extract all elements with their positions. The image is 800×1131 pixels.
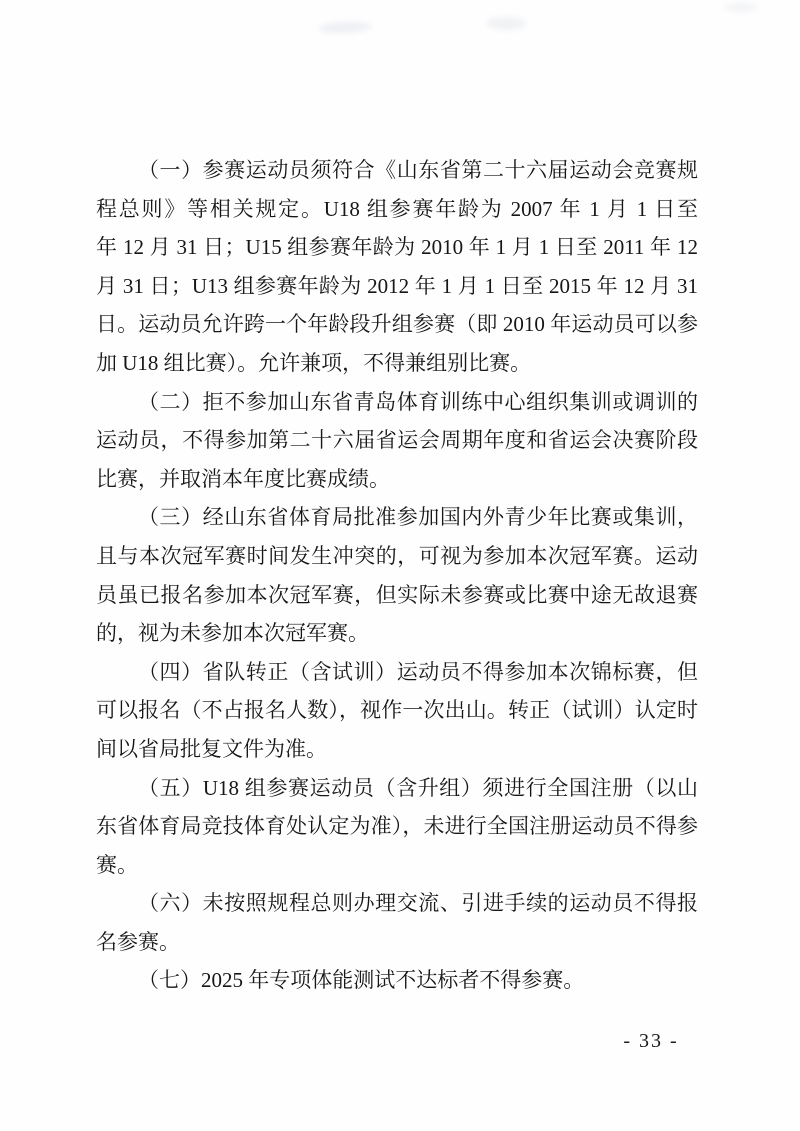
clause-2: （二）拒不参加山东省青岛体育训练中心组织集训或调训的运动员，不得参加第二十六届省… — [96, 383, 698, 499]
clause-7: （七）2025 年专项体能测试不达标者不得参赛。 — [96, 961, 698, 1000]
scan-artifact — [724, 3, 758, 12]
text-line: 的，视为未参加本次冠军赛。 — [96, 614, 698, 653]
clause-1: （一）参赛运动员须符合《山东省第二十六届运动会竞赛规程总则》等相关规定。U18 … — [96, 151, 698, 383]
page-number: - 33 - — [608, 1028, 694, 1054]
text-line: 间以省局批复文件为准。 — [96, 730, 698, 769]
scanned-document-page: （一）参赛运动员须符合《山东省第二十六届运动会竞赛规程总则》等相关规定。U18 … — [0, 0, 800, 1131]
text-line: 员虽已报名参加本次冠军赛，但实际未参赛或比赛中途无故退赛 — [96, 576, 698, 615]
text-line: 东省体育局竞技体育处认定为准），未进行全国注册运动员不得参 — [96, 807, 698, 846]
text-line: 且与本次冠军赛时间发生冲突的，可视为参加本次冠军赛。运动 — [96, 537, 698, 576]
text-line: 程总则》等相关规定。U18 组参赛年龄为 2007 年 1 月 1 日至 200… — [96, 190, 698, 229]
text-line: 运动员，不得参加第二十六届省运会周期年度和省运会决赛阶段 — [96, 421, 698, 460]
text-line: 年 12 月 31 日；U15 组参赛年龄为 2010 年 1 月 1 日至 2… — [96, 228, 698, 267]
text-line: 加 U18 组比赛）。允许兼项，不得兼组别比赛。 — [96, 344, 698, 383]
text-line: 赛。 — [96, 846, 698, 885]
text-line: 比赛，并取消本年度比赛成绩。 — [96, 460, 698, 499]
scan-artifact — [486, 17, 526, 30]
text-line: （四）省队转正（含试训）运动员不得参加本次锦标赛，但 — [96, 653, 698, 692]
text-line: （二）拒不参加山东省青岛体育训练中心组织集训或调训的 — [96, 383, 698, 422]
text-line: 可以报名（不占报名人数），视作一次出山。转正（试训）认定时 — [96, 691, 698, 730]
clause-5: （五）U18 组参赛运动员（含升组）须进行全国注册（以山东省体育局竞技体育处认定… — [96, 769, 698, 885]
clause-4: （四）省队转正（含试训）运动员不得参加本次锦标赛，但可以报名（不占报名人数），视… — [96, 653, 698, 769]
text-line: （五）U18 组参赛运动员（含升组）须进行全国注册（以山 — [96, 769, 698, 808]
document-body: （一）参赛运动员须符合《山东省第二十六届运动会竞赛规程总则》等相关规定。U18 … — [96, 151, 698, 1000]
text-line: 月 31 日；U13 组参赛年龄为 2012 年 1 月 1 日至 2015 年… — [96, 267, 698, 306]
scan-artifact — [318, 21, 373, 35]
text-line: （三）经山东省体育局批准参加国内外青少年比赛或集训， — [96, 498, 698, 537]
text-line: （六）未按照规程总则办理交流、引进手续的运动员不得报 — [96, 884, 698, 923]
text-line: 名参赛。 — [96, 923, 698, 962]
clause-6: （六）未按照规程总则办理交流、引进手续的运动员不得报名参赛。 — [96, 884, 698, 961]
clause-3: （三）经山东省体育局批准参加国内外青少年比赛或集训，且与本次冠军赛时间发生冲突的… — [96, 498, 698, 652]
text-line: （一）参赛运动员须符合《山东省第二十六届运动会竞赛规 — [96, 151, 698, 190]
text-line: （七）2025 年专项体能测试不达标者不得参赛。 — [96, 961, 698, 1000]
text-line: 日。运动员允许跨一个年龄段升组参赛（即 2010 年运动员可以参 — [96, 305, 698, 344]
